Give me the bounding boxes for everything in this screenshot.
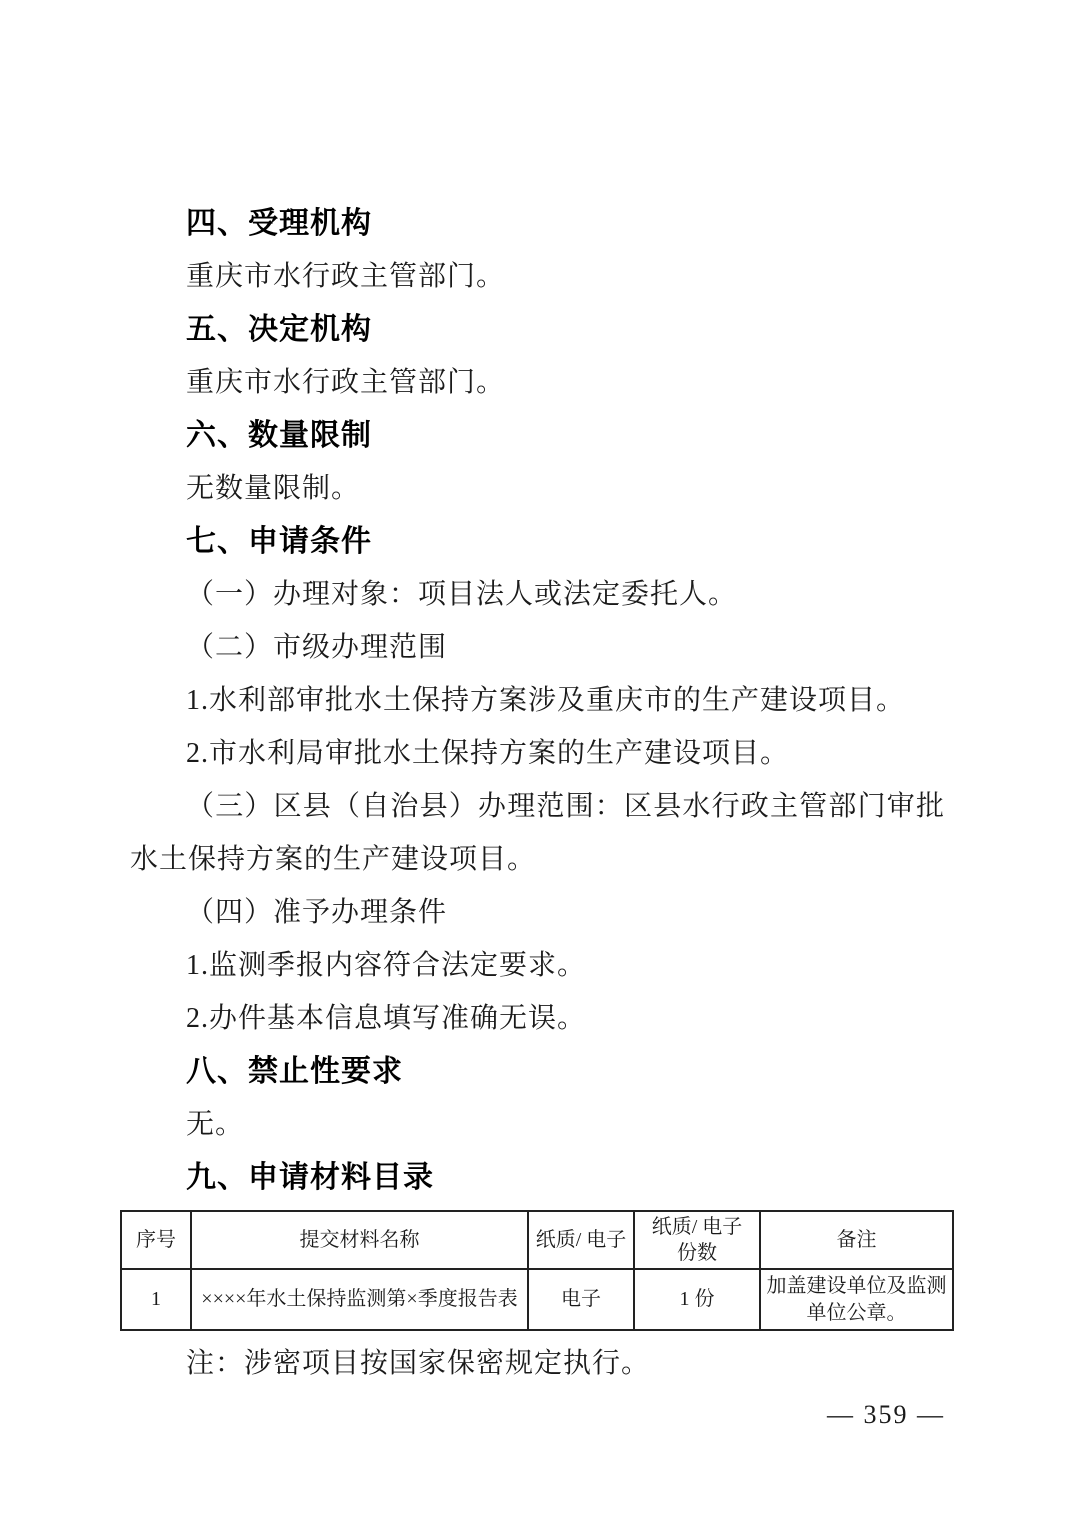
- table-cell-remark: 加盖建设单位及监测单位公章。: [760, 1269, 953, 1330]
- table-cell-material-name: ××××年水土保持监测第×季度报告表: [191, 1269, 528, 1330]
- table-header-remark: 备注: [760, 1211, 953, 1269]
- section-4-heading: 四、受理机构: [130, 197, 945, 250]
- table-header-copies: 纸质/ 电子 份数: [634, 1211, 760, 1269]
- section-5-heading: 五、决定机构: [130, 303, 945, 356]
- section-4-body: 重庆市水行政主管部门。: [130, 250, 945, 303]
- section-9-heading: 九、申请材料目录: [130, 1151, 945, 1204]
- table-header-material-name: 提交材料名称: [191, 1211, 528, 1269]
- section-7-item-5: （三）区县（自治县）办理范围：区县水行政主管部门审批水土保持方案的生产建设项目。: [130, 780, 945, 886]
- section-7-item-1: （一）办理对象：项目法人或法定委托人。: [130, 568, 945, 621]
- section-7-item-4: 2.市水利局审批水土保持方案的生产建设项目。: [130, 727, 945, 780]
- section-7-item-8: 2.办件基本信息填写准确无误。: [130, 992, 945, 1045]
- page-number: — 359 —: [130, 1390, 945, 1440]
- table-header-row: 序号 提交材料名称 纸质/ 电子 纸质/ 电子 份数 备注: [121, 1211, 953, 1269]
- confidentiality-note: 注：涉密项目按国家保密规定执行。: [130, 1337, 945, 1390]
- materials-table: 序号 提交材料名称 纸质/ 电子 纸质/ 电子 份数 备注 1 ××××年水土保…: [120, 1210, 954, 1331]
- section-8-body: 无。: [130, 1098, 945, 1151]
- section-8-heading: 八、禁止性要求: [130, 1045, 945, 1098]
- section-6-heading: 六、数量限制: [130, 409, 945, 462]
- section-7-item-3: 1.水利部审批水土保持方案涉及重庆市的生产建设项目。: [130, 674, 945, 727]
- section-5-body: 重庆市水行政主管部门。: [130, 356, 945, 409]
- document-page: 四、受理机构 重庆市水行政主管部门。 五、决定机构 重庆市水行政主管部门。 六、…: [0, 0, 1074, 1520]
- table-row: 1 ××××年水土保持监测第×季度报告表 电子 1 份 加盖建设单位及监测单位公…: [121, 1269, 953, 1330]
- section-7-heading: 七、申请条件: [130, 515, 945, 568]
- section-6-body: 无数量限制。: [130, 462, 945, 515]
- table-cell-medium: 电子: [528, 1269, 634, 1330]
- section-7-item-7: 1.监测季报内容符合法定要求。: [130, 939, 945, 992]
- table-cell-index: 1: [121, 1269, 191, 1330]
- section-7-item-2: （二）市级办理范围: [130, 621, 945, 674]
- table-cell-copies: 1 份: [634, 1269, 760, 1330]
- table-header-medium: 纸质/ 电子: [528, 1211, 634, 1269]
- table-header-index: 序号: [121, 1211, 191, 1269]
- section-7-item-6: （四）准予办理条件: [130, 886, 945, 939]
